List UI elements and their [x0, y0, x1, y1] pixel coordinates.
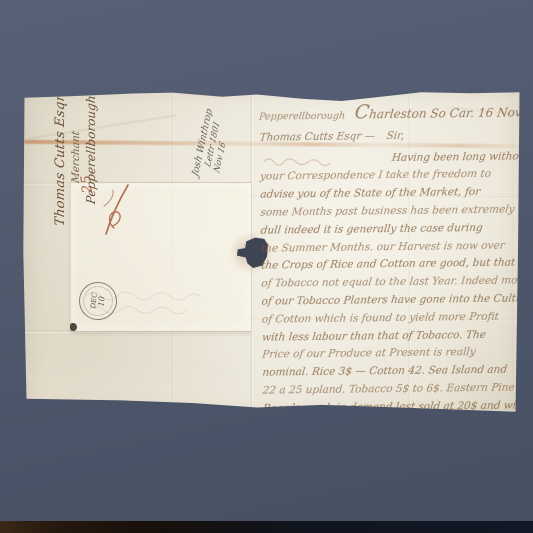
separator [375, 130, 384, 142]
paper-surface: Thomas Cutts Esqr Merchant Pepperellboro… [23, 90, 521, 413]
heading-line: Pepperellborough Charleston So Car. 16 N… [258, 102, 518, 126]
salutation: Sir, [386, 130, 405, 142]
letter-body: Pepperellborough Charleston So Car. 16 N… [259, 102, 521, 418]
letter-photo: Thomas Cutts Esqr Merchant Pepperellboro… [0, 0, 533, 533]
letter-line: Boards much in demand last sold at 20$ a… [262, 397, 522, 418]
ink-speck [70, 323, 77, 331]
red-paid-flourish-icon [102, 182, 132, 238]
addressee-name: Thomas Cutts Esqr — [259, 130, 376, 143]
ink-showthrough [83, 286, 213, 316]
salutation-line: Thomas Cutts Esqr — Sir, [259, 126, 519, 147]
origin-town: Pepperellborough [258, 111, 345, 123]
table-edge [0, 521, 533, 533]
address-block: Thomas Cutts Esqr Merchant Pepperellboro… [53, 78, 107, 238]
docket-endorsement: Josh Winthrop Lettr 1801 Nov 16 [190, 87, 248, 183]
dateline: Charleston So Car. 16 Novr 1801 [354, 102, 533, 124]
folded-letter-sheet: Thomas Cutts Esqr Merchant Pepperellboro… [23, 90, 521, 413]
address-line-name: Thomas Cutts Esqr [53, 77, 68, 227]
